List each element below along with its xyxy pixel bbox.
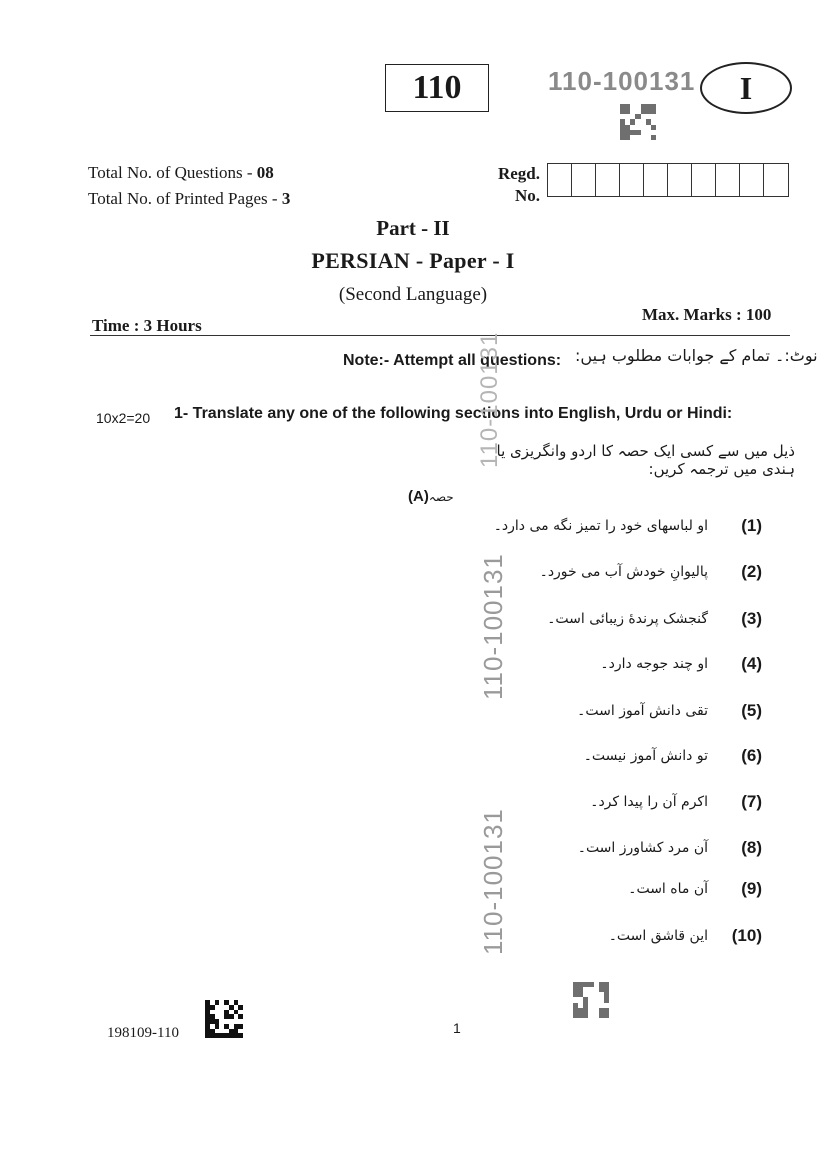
- item-number: (10): [728, 926, 762, 946]
- regd-no-label: Regd. No.: [488, 163, 540, 207]
- regd-no-digit-box[interactable]: [620, 164, 644, 196]
- header-divider: [90, 335, 790, 336]
- paper-title: PERSIAN - Paper - I: [0, 248, 826, 274]
- paper-code: 110: [412, 69, 461, 107]
- total-questions-label: Total No. of Questions -: [88, 163, 257, 182]
- item-text-persian: آن مرد کشاورز است۔: [578, 840, 708, 856]
- note-urdu: نوٹ:۔ تمام کے جوابات مطلوب ہیں:: [575, 346, 818, 365]
- set-code: I: [740, 70, 752, 107]
- item-text-persian: اکرم آن را پیدا کرد۔: [590, 794, 708, 810]
- item-text-persian: تو دانش آموز نیست۔: [584, 748, 708, 764]
- question-item: آن مرد کشاورز است۔(8): [578, 838, 762, 858]
- section-label-urdu: حصہ: [429, 490, 454, 504]
- question-item: تقی دانش آموز است۔(5): [577, 701, 762, 721]
- regd-no-digit-box[interactable]: [644, 164, 668, 196]
- question-item: اکرم آن را پیدا کرد۔(7): [590, 792, 762, 812]
- section-label-english: (A): [408, 488, 429, 505]
- part-title: Part - II: [0, 216, 826, 241]
- watermark-serial: 110-100131: [478, 553, 509, 700]
- qr-code-icon: [620, 104, 656, 140]
- set-code-oval: I: [700, 62, 792, 114]
- total-printed-pages: Total No. of Printed Pages - 3: [88, 189, 290, 209]
- question-item: این قاشق است۔(10): [609, 926, 762, 946]
- regd-no-digit-box[interactable]: [572, 164, 596, 196]
- item-number: (3): [728, 609, 762, 629]
- regd-no-boxes[interactable]: [547, 163, 789, 197]
- regd-no-digit-box[interactable]: [740, 164, 764, 196]
- total-pages-value: 3: [282, 189, 291, 208]
- item-number: (2): [728, 562, 762, 582]
- item-text-persian: این قاشق است۔: [609, 928, 708, 944]
- paper-code-box: 110: [385, 64, 489, 112]
- regd-label-line1: Regd.: [488, 163, 540, 185]
- regd-no-digit-box[interactable]: [764, 164, 788, 196]
- page-number: 1: [453, 1020, 461, 1036]
- question-item: پالیوانِ خودش آب می خورد۔(2): [540, 562, 762, 582]
- watermark-serial: 110-100131: [476, 332, 504, 468]
- regd-no-digit-box[interactable]: [668, 164, 692, 196]
- item-text-persian: آن ماه است۔: [628, 881, 708, 897]
- footer-code: 198109-110: [107, 1025, 179, 1042]
- regd-label-line2: No.: [488, 185, 540, 207]
- item-number: (4): [728, 654, 762, 674]
- item-number: (1): [728, 516, 762, 536]
- item-text-persian: پالیوانِ خودش آب می خورد۔: [540, 564, 708, 580]
- question-item: آن ماه است۔(9): [628, 879, 762, 899]
- question-item: او لباسهای خود را تمیز نگه می دارد۔(1): [494, 516, 762, 536]
- item-text-persian: او چند جوجه دارد۔: [600, 656, 708, 672]
- time-allowed: Time : 3 Hours: [92, 316, 202, 336]
- datamatrix-barcode-icon: [205, 1000, 243, 1038]
- max-marks: Max. Marks : 100: [642, 305, 771, 325]
- regd-no-digit-box[interactable]: [716, 164, 740, 196]
- item-text-persian: گنجشک پرندهٔ زیبائی است۔: [547, 611, 708, 627]
- question-item: او چند جوجه دارد۔(4): [600, 654, 762, 674]
- item-text-persian: او لباسهای خود را تمیز نگه می دارد۔: [494, 518, 708, 534]
- note-english: Note:- Attempt all questions:: [343, 352, 561, 370]
- item-number: (6): [728, 746, 762, 766]
- total-questions: Total No. of Questions - 08: [88, 163, 274, 183]
- regd-no-digit-box[interactable]: [548, 164, 572, 196]
- total-questions-value: 08: [257, 163, 274, 182]
- question-item: تو دانش آموز نیست۔(6): [584, 746, 762, 766]
- question-text-urdu: ذیل میں سے کسی ایک حصہ کا اردو وانگریزی …: [470, 442, 795, 478]
- qr-code-icon: [573, 982, 609, 1018]
- question-text-english: 1- Translate any one of the following se…: [174, 405, 732, 423]
- section-label: (A)حصہ: [408, 488, 454, 505]
- item-text-persian: تقی دانش آموز است۔: [577, 703, 708, 719]
- watermark-serial: 110-100131: [478, 808, 509, 955]
- item-number: (5): [728, 701, 762, 721]
- item-number: (7): [728, 792, 762, 812]
- question-marks: 10x2=20: [96, 410, 150, 426]
- regd-no-digit-box[interactable]: [692, 164, 716, 196]
- regd-no-digit-box[interactable]: [596, 164, 620, 196]
- paper-subtitle: (Second Language): [0, 284, 826, 306]
- question-item: گنجشک پرندهٔ زیبائی است۔(3): [547, 609, 762, 629]
- item-number: (8): [728, 838, 762, 858]
- paper-serial: 110-100131: [548, 66, 695, 97]
- item-number: (9): [728, 879, 762, 899]
- total-pages-label: Total No. of Printed Pages -: [88, 189, 282, 208]
